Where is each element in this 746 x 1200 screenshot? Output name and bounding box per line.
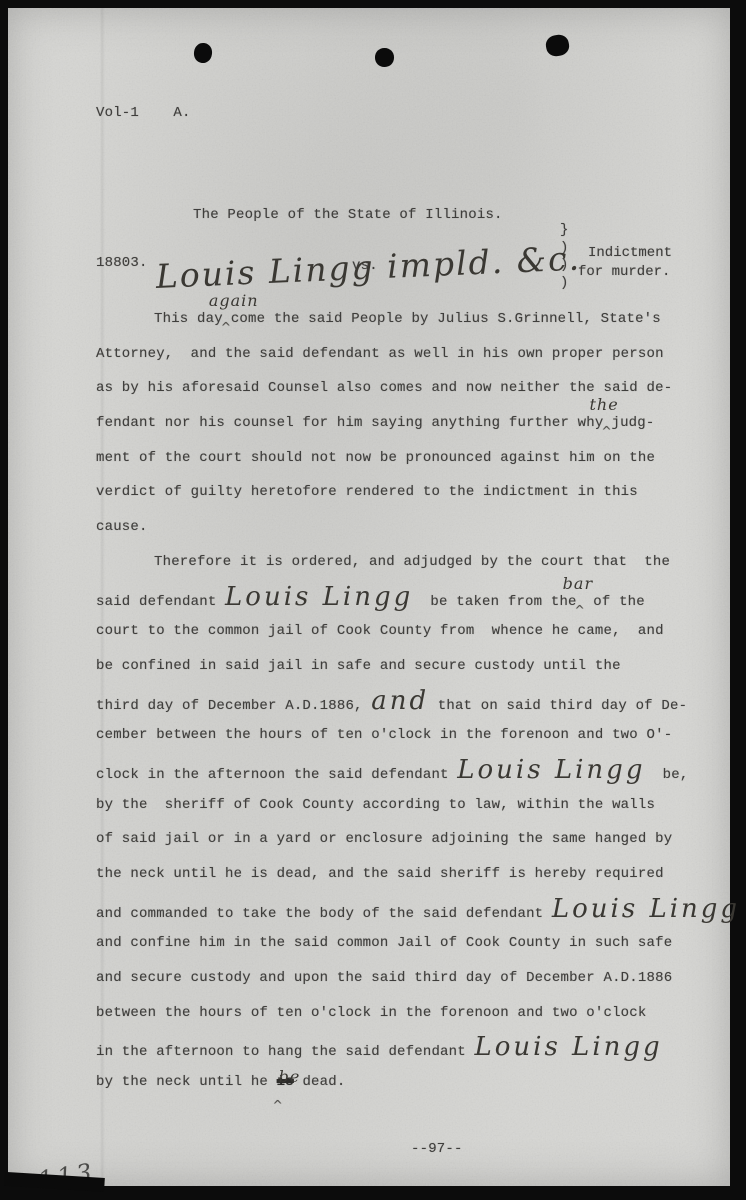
- handwritten-defendant-name: Louis Lingg: [457, 755, 645, 785]
- typed-text: of the: [585, 594, 645, 610]
- typed-line: by the sheriff of Cook County according …: [96, 788, 702, 823]
- indictment-label-line: Indictment: [578, 244, 672, 263]
- handwritten-defendant-caption: Louis Lingg impld. &c.: [155, 238, 582, 296]
- handwritten-defendant-name: Louis Lingg: [225, 582, 413, 612]
- typed-text: court to the common jail of Cook County …: [96, 623, 664, 639]
- typed-line: said defendant Louis Lingg be taken from…: [96, 580, 702, 615]
- typed-text: and commanded to take the body of the sa…: [96, 906, 552, 922]
- typed-text: by the sheriff of Cook County according …: [96, 797, 655, 813]
- typed-line: of said jail or in a yard or enclosure a…: [96, 822, 702, 857]
- typed-text: Attorney, and the said defendant as well…: [96, 346, 664, 362]
- typed-line: and secure custody and upon the said thi…: [96, 961, 702, 996]
- punch-hole: [544, 33, 570, 58]
- caret-mark: ^: [601, 425, 611, 437]
- typed-line: and confine him in the said common Jail …: [96, 926, 702, 961]
- typed-line: fendant nor his counsel for him saying a…: [96, 406, 702, 441]
- handwritten-insertion: again^: [223, 312, 231, 322]
- punch-hole: [193, 42, 214, 64]
- typed-text: by the neck until he: [96, 1074, 277, 1090]
- typed-text: said defendant: [96, 594, 225, 610]
- case-title: The People of the State of Illinois.: [193, 207, 503, 223]
- page-number: --97--: [411, 1141, 463, 1157]
- caret-mark: ^: [273, 1099, 283, 1111]
- typed-text: be taken from the: [413, 594, 576, 610]
- volume-label: Vol-1 A.: [96, 105, 191, 121]
- typed-line: by the neck until he isbe^ dead.: [96, 1065, 702, 1100]
- bracket-mark: }: [560, 222, 568, 240]
- document-page: Vol-1 A. The People of the State of Illi…: [8, 8, 730, 1186]
- typed-text: and confine him in the said common Jail …: [96, 935, 672, 951]
- typed-line: Attorney, and the said defendant as well…: [96, 337, 702, 372]
- typed-text: judg-: [611, 415, 654, 431]
- typed-line: cause.: [96, 510, 702, 545]
- typed-line: be confined in said jail in safe and sec…: [96, 649, 702, 684]
- handwritten-defendant-name: Louis Lingg: [474, 1032, 662, 1062]
- handwritten-word: be: [279, 1069, 301, 1085]
- indictment-label: Indictment for murder.: [578, 244, 672, 281]
- typed-text: cember between the hours of ten o'clock …: [96, 727, 672, 743]
- typed-text: the neck until he is dead, and the said …: [96, 866, 664, 882]
- typed-text: come the said People by Julius S.Grinnel…: [231, 311, 661, 327]
- typed-text: that on said third day of De-: [429, 698, 687, 714]
- typed-text: verdict of guilty heretofore rendered to…: [96, 484, 638, 500]
- handwritten-word: the: [589, 397, 618, 413]
- typed-line: and commanded to take the body of the sa…: [96, 892, 702, 927]
- typed-line: between the hours of ten o'clock in the …: [96, 996, 702, 1031]
- typed-text: fendant nor his counsel for him saying a…: [96, 415, 603, 431]
- typed-line: third day of December A.D.1886, and that…: [96, 684, 702, 719]
- handwritten-word: bar: [563, 576, 593, 592]
- typed-text: in the afternoon to hang the said defend…: [96, 1044, 474, 1060]
- punch-hole: [375, 48, 394, 67]
- typed-line: ment of the court should not now be pron…: [96, 441, 702, 476]
- indictment-label-line: for murder.: [578, 263, 672, 282]
- typed-line: verdict of guilty heretofore rendered to…: [96, 475, 702, 510]
- typed-line: the neck until he is dead, and the said …: [96, 857, 702, 892]
- case-number: 18803.: [96, 255, 148, 271]
- typed-text: and secure custody and upon the said thi…: [96, 970, 672, 986]
- typed-text: cause.: [96, 519, 148, 535]
- typed-text: This day: [154, 311, 223, 327]
- typed-text: as by his aforesaid Counsel also comes a…: [96, 380, 672, 396]
- typed-text: third day of December A.D.1886,: [96, 698, 371, 714]
- typed-line: This dayagain^come the said People by Ju…: [96, 302, 702, 337]
- typed-line: court to the common jail of Cook County …: [96, 614, 702, 649]
- typed-text: clock in the afternoon the said defendan…: [96, 767, 457, 783]
- caret-mark: ^: [221, 321, 231, 333]
- typed-line: clock in the afternoon the said defendan…: [96, 753, 702, 788]
- caret-mark: ^: [575, 604, 585, 616]
- typed-text: dead.: [294, 1074, 346, 1090]
- typed-text: Therefore it is ordered, and adjudged by…: [154, 554, 670, 570]
- handwritten-insertion: the^: [603, 416, 611, 426]
- struck-out-word: isbe^: [277, 1065, 294, 1100]
- order-text: This dayagain^come the said People by Ju…: [96, 302, 702, 1100]
- typed-text: be,: [645, 767, 688, 783]
- handwritten-insertion: bar^: [577, 595, 585, 605]
- handwritten-word: again: [209, 293, 259, 309]
- typed-text: between the hours of ten o'clock in the …: [96, 1005, 647, 1021]
- handwritten-defendant-name: Louis Lingg: [552, 894, 740, 924]
- typed-text: be confined in said jail in safe and sec…: [96, 658, 621, 674]
- typed-line: cember between the hours of ten o'clock …: [96, 718, 702, 753]
- typed-line: in the afternoon to hang the said defend…: [96, 1030, 702, 1065]
- handwritten-word: and: [371, 686, 429, 716]
- typed-line: Therefore it is ordered, and adjudged by…: [96, 545, 702, 580]
- typed-text: ment of the court should not now be pron…: [96, 450, 655, 466]
- typed-text: of said jail or in a yard or enclosure a…: [96, 831, 672, 847]
